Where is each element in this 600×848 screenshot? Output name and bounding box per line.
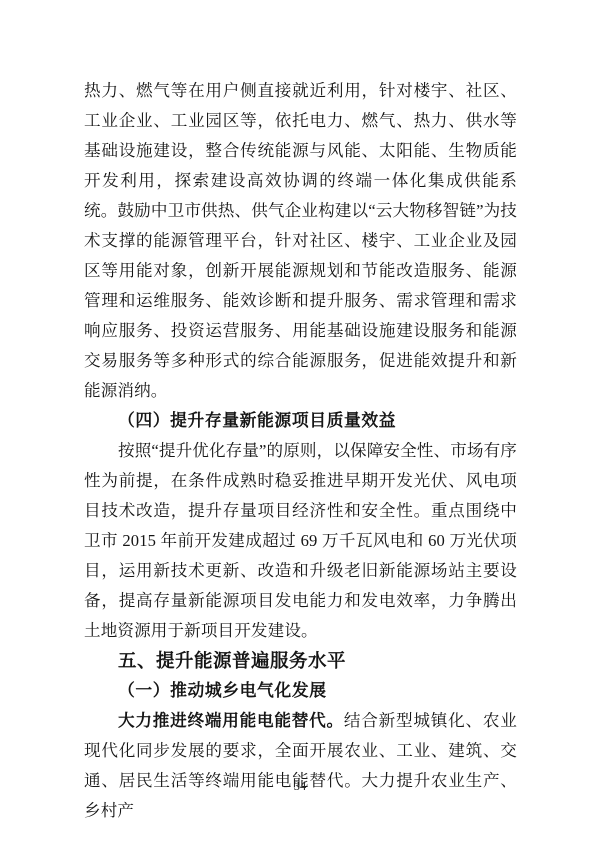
paragraph-existing-projects: 按照“提升优化存量”的原则，以保障安全性、市场有序性为前提，在条件成熟时稳妥推进… <box>84 436 517 646</box>
paragraph-lead-bold: 大力推进终端用能电能替代。 <box>118 711 344 730</box>
document-page: 热力、燃气等在用户侧直接就近利用，针对楼宇、社区、工业企业、工业园区等，依托电力… <box>0 0 600 848</box>
page-number: 34 <box>0 779 600 794</box>
chapter-heading-5: 五、提升能源普遍服务水平 <box>84 646 517 676</box>
document-body: 热力、燃气等在用户侧直接就近利用，针对楼宇、社区、工业企业、工业园区等，依托电力… <box>84 76 517 826</box>
section-heading-4: （四）提升存量新能源项目质量效益 <box>84 406 517 436</box>
paragraph-energy-services: 热力、燃气等在用户侧直接就近利用，针对楼宇、社区、工业企业、工业园区等，依托电力… <box>84 76 517 406</box>
paragraph-electrification: 大力推进终端用能电能替代。结合新型城镇化、农业现代化同步发展的要求，全面开展农业… <box>84 706 517 826</box>
section-heading-5-1: （一）推动城乡电气化发展 <box>84 676 517 706</box>
